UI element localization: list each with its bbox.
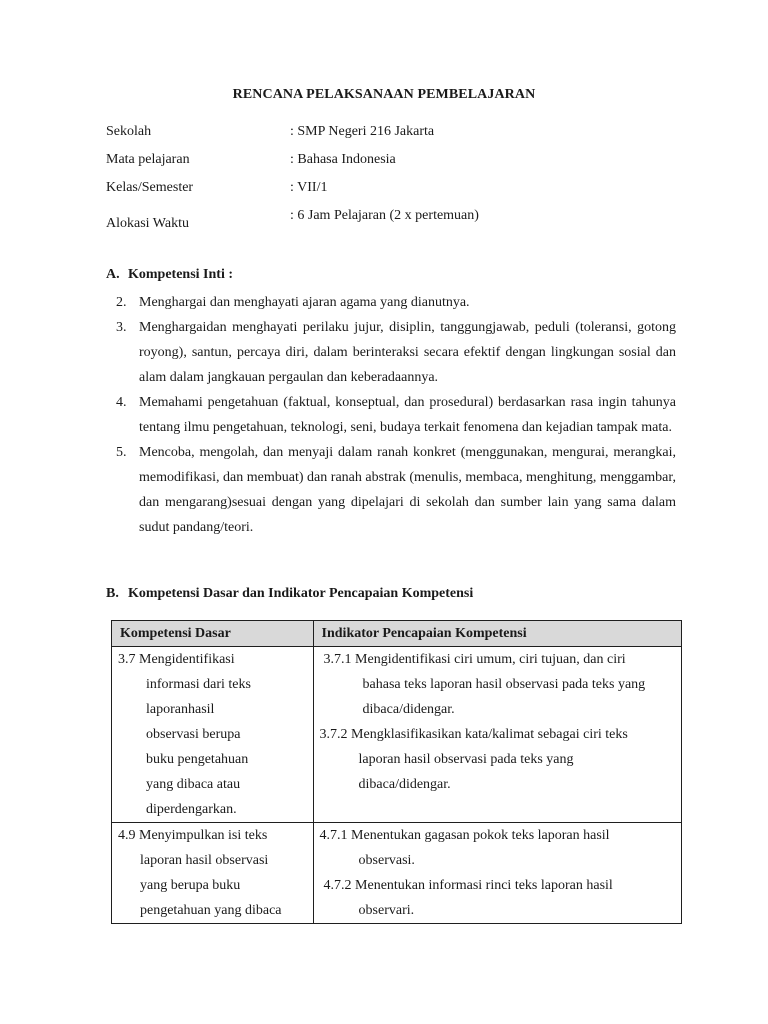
kd-line: 4.9 Menyimpulkan isi teks — [118, 823, 307, 848]
kd-line: yang berupa buku — [118, 873, 307, 898]
list-item: 4. Memahami pengetahuan (faktual, konsep… — [106, 390, 676, 440]
section-title: Kompetensi Dasar dan Indikator Pencapaia… — [128, 586, 473, 601]
column-header-kd: Kompetensi Dasar — [112, 621, 314, 647]
kd-cell: 3.7 Mengidentifikasi informasi dari teks… — [112, 647, 314, 823]
identity-label: Sekolah — [106, 124, 151, 140]
indicator-item: 4.7.2 Menentukan informasi rinci teks la… — [320, 873, 675, 923]
section-title: Kompetensi Inti : — [128, 267, 233, 282]
kd-line: observasi berupa — [118, 722, 307, 747]
indicator-line: 3.7.2 Mengklasifikasikan kata/kalimat se… — [320, 722, 675, 747]
kd-line: laporan hasil observasi — [118, 848, 307, 873]
identity-label: Kelas/Semester — [106, 180, 193, 196]
identity-row-subject: Mata pelajaran : Bahasa Indonesia — [106, 152, 686, 172]
indicator-line: laporan hasil observasi pada teks yang — [320, 747, 675, 772]
identity-value: : VII/1 — [290, 180, 327, 196]
kompetensi-inti-list: 2. Menghargai dan menghayati ajaran agam… — [106, 290, 676, 540]
kd-line: pengetahuan yang dibaca — [118, 898, 307, 923]
indicator-line: 4.7.1 Menentukan gagasan pokok teks lapo… — [320, 823, 675, 848]
indicator-line: dibaca/didengar. — [320, 772, 675, 797]
list-number: 2. — [116, 290, 127, 315]
indicator-line: dibaca/didengar. — [324, 697, 675, 722]
kd-line: laporanhasil — [118, 697, 307, 722]
table-row: 4.9 Menyimpulkan isi teks laporan hasil … — [112, 823, 682, 924]
indicator-line: observasi. — [320, 848, 675, 873]
indicator-item: 4.7.1 Menentukan gagasan pokok teks lapo… — [320, 823, 675, 873]
kd-line: informasi dari teks — [118, 672, 307, 697]
list-number: 5. — [116, 440, 127, 465]
list-text: Mencoba, mengolah, dan menyaji dalam ran… — [139, 445, 676, 535]
identity-row-school: Sekolah : SMP Negeri 216 Jakarta — [106, 124, 686, 144]
indicator-line: 3.7.1 Mengidentifikasi ciri umum, ciri t… — [324, 647, 675, 672]
list-item: 5. Mencoba, mengolah, dan menyaji dalam … — [106, 440, 676, 540]
list-number: 4. — [116, 390, 127, 415]
indicator-line: 4.7.2 Menentukan informasi rinci teks la… — [324, 873, 675, 898]
list-text: Menghargai dan menghayati ajaran agama y… — [139, 295, 470, 310]
section-a-heading: A.Kompetensi Inti : — [106, 267, 233, 283]
indicator-line: bahasa teks laporan hasil observasi pada… — [324, 672, 675, 697]
column-header-indicator: Indikator Pencapaian Kompetensi — [313, 621, 681, 647]
identity-value: : Bahasa Indonesia — [290, 152, 396, 168]
document-page: RENCANA PELAKSANAAN PEMBELAJARAN Sekolah… — [0, 0, 768, 1024]
section-letter: B. — [106, 586, 128, 602]
kd-line: buku pengetahuan — [118, 747, 307, 772]
kd-line: yang dibaca atau — [118, 772, 307, 797]
identity-row-class-semester: Kelas/Semester : VII/1 — [106, 180, 686, 200]
identity-value: : 6 Jam Pelajaran (2 x pertemuan) — [290, 208, 479, 224]
section-letter: A. — [106, 267, 128, 283]
indicator-cell: 4.7.1 Menentukan gagasan pokok teks lapo… — [313, 823, 681, 924]
document-title: RENCANA PELAKSANAAN PEMBELAJARAN — [0, 87, 768, 103]
indicator-cell: 3.7.1 Mengidentifikasi ciri umum, ciri t… — [313, 647, 681, 823]
section-b-heading: B.Kompetensi Dasar dan Indikator Pencapa… — [106, 586, 473, 602]
list-text: Menghargaidan menghayati perilaku jujur,… — [139, 320, 676, 385]
identity-label: Alokasi Waktu — [106, 216, 189, 232]
table-row: 3.7 Mengidentifikasi informasi dari teks… — [112, 647, 682, 823]
indicator-item: 3.7.1 Mengidentifikasi ciri umum, ciri t… — [320, 647, 675, 722]
kd-line: diperdengarkan. — [118, 797, 307, 822]
kd-line: 3.7 Mengidentifikasi — [118, 647, 307, 672]
indicator-item: 3.7.2 Mengklasifikasikan kata/kalimat se… — [320, 722, 675, 797]
list-text: Memahami pengetahuan (faktual, konseptua… — [139, 395, 676, 435]
list-item: 2. Menghargai dan menghayati ajaran agam… — [106, 290, 676, 315]
identity-label: Mata pelajaran — [106, 152, 190, 168]
indicator-line: observari. — [324, 898, 675, 923]
kd-cell: 4.9 Menyimpulkan isi teks laporan hasil … — [112, 823, 314, 924]
list-number: 3. — [116, 315, 127, 340]
table-header-row: Kompetensi Dasar Indikator Pencapaian Ko… — [112, 621, 682, 647]
competency-table: Kompetensi Dasar Indikator Pencapaian Ko… — [111, 620, 682, 924]
identity-value: : SMP Negeri 216 Jakarta — [290, 124, 434, 140]
identity-row-time-allocation: Alokasi Waktu : 6 Jam Pelajaran (2 x per… — [106, 208, 686, 228]
list-item: 3. Menghargaidan menghayati perilaku juj… — [106, 315, 676, 390]
